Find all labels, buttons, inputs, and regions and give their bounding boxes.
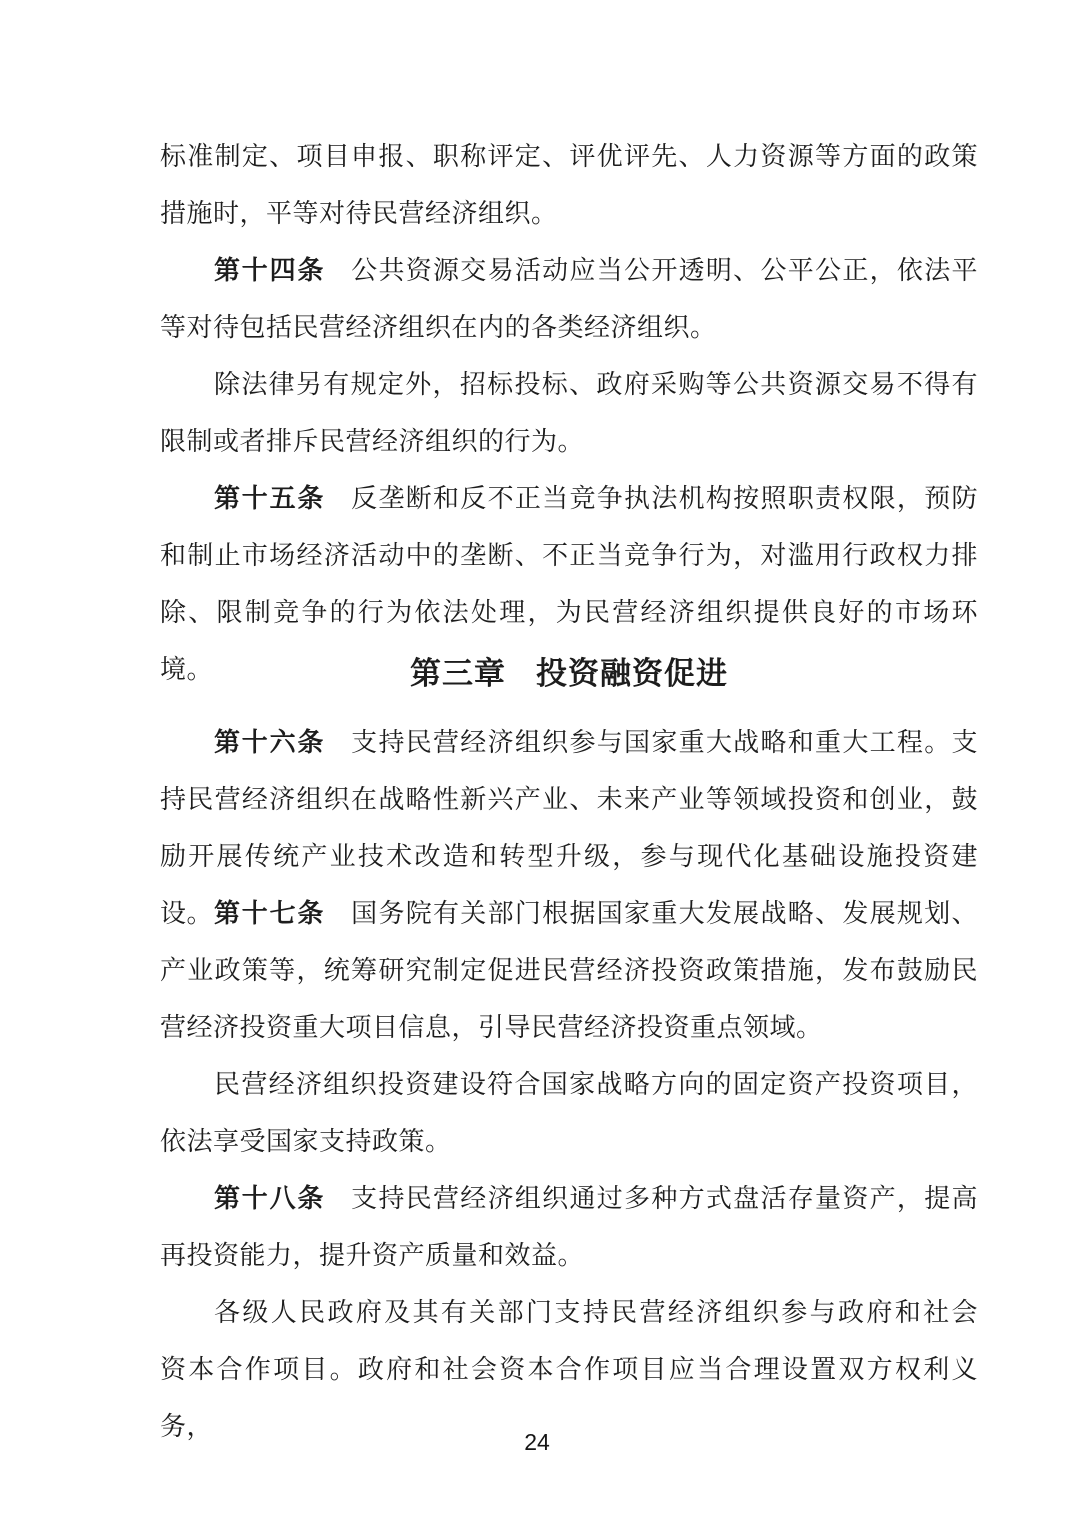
text-line: 励开展传统产业技术改造和转型升级，参与现代化基础设施投资建设。	[160, 828, 978, 885]
chapter-title: 投资融资促进	[536, 656, 728, 691]
text-line: 第十六条支持民营经济组织参与国家重大战略和重大工程。支	[160, 714, 978, 771]
text-line: 措施时，平等对待民营经济组织。	[160, 185, 978, 242]
text-line: 第十五条反垄断和反不正当竞争执法机构按照职责权限，预防	[160, 470, 978, 527]
article-number: 第十五条	[214, 484, 325, 513]
chapter-heading: 第三章投资融资促进	[160, 645, 978, 702]
text-line: 等对待包括民营经济组织在内的各类经济组织。	[160, 299, 978, 356]
text-line: 除法律另有规定外，招标投标、政府采购等公共资源交易不得有	[160, 356, 978, 413]
article-paragraph: 第十七条国务院有关部门根据国家重大发展战略、发展规划、产业政策等，统筹研究制定促…	[160, 885, 978, 1056]
document-content: 标准制定、项目申报、职称评定、评优评先、人力资源等方面的政策措施时，平等对待民营…	[160, 128, 978, 1398]
text-line: 民营经济组织投资建设符合国家战略方向的固定资产投资项目，	[160, 1056, 978, 1113]
chapter-number: 第三章	[410, 656, 506, 691]
text-line: 第十四条公共资源交易活动应当公开透明、公平公正，依法平	[160, 242, 978, 299]
paragraph: 除法律另有规定外，招标投标、政府采购等公共资源交易不得有限制或者排斥民营经济组织…	[160, 356, 978, 470]
text-line: 第十八条支持民营经济组织通过多种方式盘活存量资产，提高	[160, 1170, 978, 1227]
text-line: 限制或者排斥民营经济组织的行为。	[160, 413, 978, 470]
paragraph: 各级人民政府及其有关部门支持民营经济组织参与政府和社会资本合作项目。政府和社会资…	[160, 1284, 978, 1398]
paragraph: 标准制定、项目申报、职称评定、评优评先、人力资源等方面的政策措施时，平等对待民营…	[160, 128, 978, 242]
article-paragraph: 第十六条支持民营经济组织参与国家重大战略和重大工程。支持民营经济组织在战略性新兴…	[160, 714, 978, 885]
article-paragraph: 第十四条公共资源交易活动应当公开透明、公平公正，依法平等对待包括民营经济组织在内…	[160, 242, 978, 356]
article-number: 第十七条	[214, 899, 325, 928]
text-line: 持民营经济组织在战略性新兴产业、未来产业等领域投资和创业，鼓	[160, 771, 978, 828]
article-paragraph: 第十五条反垄断和反不正当竞争执法机构按照职责权限，预防和制止市场经济活动中的垄断…	[160, 470, 978, 641]
text-line: 营经济投资重大项目信息，引导民营经济投资重点领域。	[160, 999, 978, 1056]
article-number: 第十四条	[214, 256, 325, 285]
text-line: 再投资能力，提升资产质量和效益。	[160, 1227, 978, 1284]
text-line: 依法享受国家支持政策。	[160, 1113, 978, 1170]
text-line: 标准制定、项目申报、职称评定、评优评先、人力资源等方面的政策	[160, 128, 978, 185]
article-number: 第十六条	[214, 728, 325, 757]
article-number: 第十八条	[214, 1184, 325, 1213]
text-line: 除、限制竞争的行为依法处理，为民营经济组织提供良好的市场环境。	[160, 584, 978, 641]
text-line: 第十七条国务院有关部门根据国家重大发展战略、发展规划、	[160, 885, 978, 942]
text-line: 和制止市场经济活动中的垄断、不正当竞争行为，对滥用行政权力排	[160, 527, 978, 584]
paragraph: 民营经济组织投资建设符合国家战略方向的固定资产投资项目，依法享受国家支持政策。	[160, 1056, 978, 1170]
page-number: 24	[0, 1428, 1074, 1456]
document-page: 标准制定、项目申报、职称评定、评优评先、人力资源等方面的政策措施时，平等对待民营…	[0, 0, 1074, 1520]
text-line: 资本合作项目。政府和社会资本合作项目应当合理设置双方权利义务，	[160, 1341, 978, 1398]
text-line: 各级人民政府及其有关部门支持民营经济组织参与政府和社会	[160, 1284, 978, 1341]
article-paragraph: 第十八条支持民营经济组织通过多种方式盘活存量资产，提高再投资能力，提升资产质量和…	[160, 1170, 978, 1284]
text-line: 产业政策等，统筹研究制定促进民营经济投资政策措施，发布鼓励民	[160, 942, 978, 999]
